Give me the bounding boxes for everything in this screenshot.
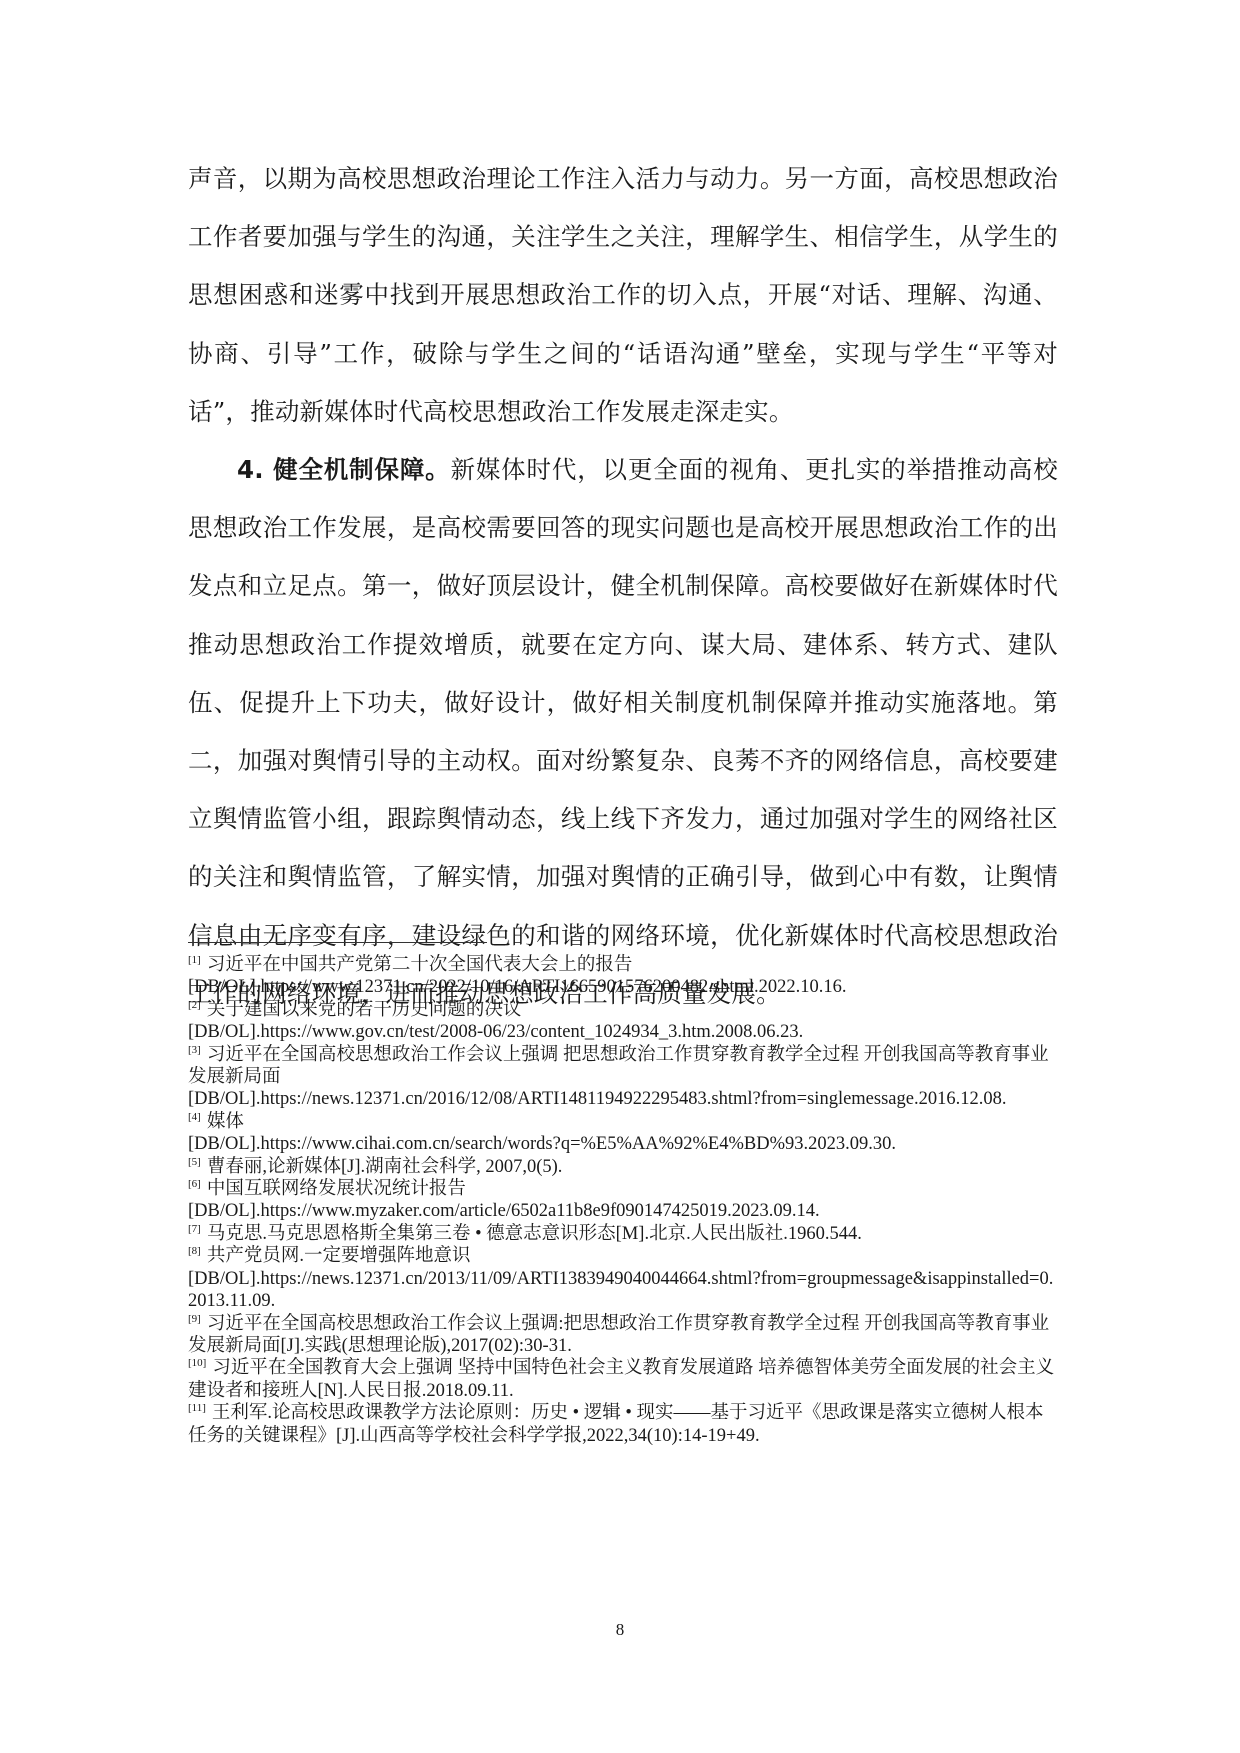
footnote-1: [1]习近平在中国共产党第二十次全国代表大会上的报告[DB/OL].https:… bbox=[188, 954, 1060, 999]
section-heading: 4. 健全机制保障。 bbox=[237, 455, 451, 484]
footnote-10: [10]习近平在全国教育大会上强调 坚持中国特色社会主义教育发展道路 培养德智体… bbox=[188, 1357, 1060, 1402]
paragraph-mechanism-guarantee: 4. 健全机制保障。新媒体时代，以更全面的视角、更扎实的举措推动高校思想政治工作… bbox=[188, 441, 1058, 1023]
footnote-11: [11]王利军.论高校思政课教学方法论原则：历史 • 逻辑 • 现实——基于习近… bbox=[188, 1402, 1060, 1447]
footnote-separator bbox=[188, 942, 487, 943]
footnote-8: [8]共产党员网.一定要增强阵地意识[DB/OL].https://news.1… bbox=[188, 1245, 1060, 1312]
footnote-text: 习近平在全国教育大会上强调 坚持中国特色社会主义教育发展道路 培养德智体美劳全面… bbox=[188, 1358, 1054, 1400]
footnote-7: [7]马克思.马克思恩格斯全集第三卷 • 德意志意识形态[M].北京.人民出版社… bbox=[188, 1223, 1060, 1245]
footnote-mark: [6] bbox=[188, 1178, 201, 1190]
paragraph-continued: 声音，以期为高校思想政治理论工作注入活力与动力。另一方面，高校思想政治工作者要加… bbox=[188, 150, 1058, 441]
footnote-mark: [3] bbox=[188, 1044, 201, 1056]
footnote-text: 中国互联网络发展状况统计报告 bbox=[207, 1179, 466, 1199]
footnote-5: [5]曹春丽,论新媒体[J].湖南社会科学, 2007,0(5). bbox=[188, 1156, 1060, 1178]
footnote-6: [6]中国互联网络发展状况统计报告[DB/OL].https://www.myz… bbox=[188, 1178, 1060, 1223]
footnote-ref: [DB/OL].https://www.myzaker.com/article/… bbox=[188, 1201, 820, 1221]
footnote-mark: [11] bbox=[188, 1402, 206, 1414]
footnote-ref: [DB/OL].https://www.cihai.com.cn/search/… bbox=[188, 1134, 896, 1154]
footnote-4: [4]媒体[DB/OL].https://www.cihai.com.cn/se… bbox=[188, 1111, 1060, 1156]
footnote-3: [3]习近平在全国高校思想政治工作会议上强调 把思想政治工作贯穿教育教学全过程 … bbox=[188, 1044, 1060, 1111]
document-page: 声音，以期为高校思想政治理论工作注入活力与动力。另一方面，高校思想政治工作者要加… bbox=[0, 0, 1240, 1753]
body-text: 声音，以期为高校思想政治理论工作注入活力与动力。另一方面，高校思想政治工作者要加… bbox=[188, 150, 1058, 1023]
footnote-ref: [DB/OL].https://www.gov.cn/test/2008-06/… bbox=[188, 1022, 803, 1042]
footnote-text: 媒体 bbox=[207, 1112, 244, 1132]
footnote-mark: [5] bbox=[188, 1156, 201, 1168]
footnote-mark: [7] bbox=[188, 1223, 201, 1235]
page-number: 8 bbox=[0, 1620, 1240, 1640]
footnote-ref: [DB/OL].https://news.12371.cn/2016/12/08… bbox=[188, 1089, 1006, 1109]
footnote-text: 关于建国以来党的若干历史问题的决议 bbox=[207, 1000, 522, 1020]
footnote-text: 习近平在中国共产党第二十次全国代表大会上的报告 bbox=[207, 955, 633, 975]
footnote-text: 习近平在全国高校思想政治工作会议上强调:把思想政治工作贯穿教育教学全过程 开创我… bbox=[188, 1314, 1049, 1356]
footnote-text: 曹春丽,论新媒体[J].湖南社会科学, 2007,0(5). bbox=[207, 1157, 563, 1177]
footnote-text: 习近平在全国高校思想政治工作会议上强调 把思想政治工作贯穿教育教学全过程 开创我… bbox=[188, 1045, 1049, 1087]
footnote-mark: [8] bbox=[188, 1245, 201, 1257]
paragraph-text: 新媒体时代，以更全面的视角、更扎实的举措推动高校思想政治工作发展，是高校需要回答… bbox=[188, 455, 1058, 1008]
footnote-mark: [10] bbox=[188, 1357, 206, 1369]
footnotes: [1]习近平在中国共产党第二十次全国代表大会上的报告[DB/OL].https:… bbox=[188, 954, 1060, 1447]
footnote-ref: [DB/OL].https://www.12371.cn/2022/10/16/… bbox=[188, 977, 847, 997]
footnote-mark: [9] bbox=[188, 1313, 201, 1325]
footnote-mark: [1] bbox=[188, 954, 201, 966]
footnote-9: [9]习近平在全国高校思想政治工作会议上强调:把思想政治工作贯穿教育教学全过程 … bbox=[188, 1313, 1060, 1358]
footnote-text: 王利军.论高校思政课教学方法论原则：历史 • 逻辑 • 现实——基于习近平《思政… bbox=[188, 1403, 1044, 1445]
footnote-ref: [DB/OL].https://news.12371.cn/2013/11/09… bbox=[188, 1269, 1053, 1311]
footnote-2: [2]关于建国以来党的若干历史问题的决议[DB/OL].https://www.… bbox=[188, 999, 1060, 1044]
footnote-mark: [2] bbox=[188, 999, 201, 1011]
footnote-mark: [4] bbox=[188, 1111, 201, 1123]
footnote-text: 马克思.马克思恩格斯全集第三卷 • 德意志意识形态[M].北京.人民出版社.19… bbox=[207, 1224, 862, 1244]
footnote-text: 共产党员网.一定要增强阵地意识 bbox=[207, 1246, 471, 1266]
